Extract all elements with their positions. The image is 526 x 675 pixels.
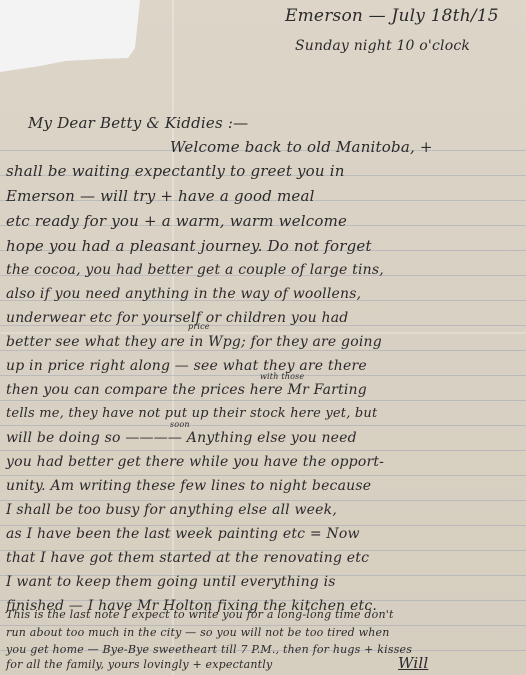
letter-insertion-price: price [188, 322, 210, 331]
letter-line: then you can compare the prices here Mr … [6, 382, 367, 398]
letter-line: tells me, they have not put up their sto… [6, 406, 377, 421]
letter-line: better see what they are in Wpg; for the… [6, 334, 382, 350]
letter-insertion-soon: soon [170, 420, 190, 429]
letter-line: you get home — Bye-Bye sweetheart till 7… [6, 643, 412, 656]
letter-signature: Will [398, 654, 428, 672]
ruled-line [0, 350, 526, 351]
letter-line: that I have got them started at the reno… [6, 550, 369, 566]
letter-line: as I have been the last week painting et… [6, 526, 360, 542]
letter-line: hope you had a pleasant journey. Do not … [6, 237, 372, 255]
letter-paper: Emerson — July 18th/15 Sunday night 10 o… [0, 0, 526, 675]
letter-salutation: My Dear Betty & Kiddies :— [28, 114, 248, 132]
letter-line: Emerson — will try + have a good meal [6, 187, 315, 205]
letter-line: will be doing so ———— Anything else you … [6, 430, 357, 446]
letter-insertion-with-those: with those [260, 372, 304, 381]
letter-line: run about too much in the city — so you … [6, 626, 390, 639]
letter-line: etc ready for you + a warm, warm welcome [6, 212, 347, 230]
letter-place-date: Emerson — July 18th/15 [285, 6, 499, 26]
letter-line: This is the last note I expect to write … [6, 608, 394, 621]
letter-line: unity. Am writing these few lines to nig… [6, 478, 371, 494]
letter-line: I shall be too busy for anything else al… [6, 502, 337, 518]
ruled-line [0, 425, 526, 426]
letter-line: up in price right along — see what they … [6, 358, 367, 374]
letter-line: Welcome back to old Manitoba, + [170, 138, 433, 156]
letter-line: you had better get there while you have … [6, 454, 384, 470]
letter-line: underwear etc for yourself or children y… [6, 310, 348, 326]
letter-line: I want to keep them going until everythi… [6, 574, 336, 590]
ruled-line [0, 400, 526, 401]
ruled-line [0, 450, 526, 451]
letter-line: shall be waiting expectantly to greet yo… [6, 162, 345, 180]
letter-line: the cocoa, you had better get a couple o… [6, 262, 384, 278]
letter-line: for all the family, yours lovingly + exp… [6, 658, 272, 671]
letter-time: Sunday night 10 o'clock [295, 38, 470, 54]
ruled-line [0, 500, 526, 501]
letter-line: also if you need anything in the way of … [6, 286, 361, 302]
ruled-line [0, 475, 526, 476]
